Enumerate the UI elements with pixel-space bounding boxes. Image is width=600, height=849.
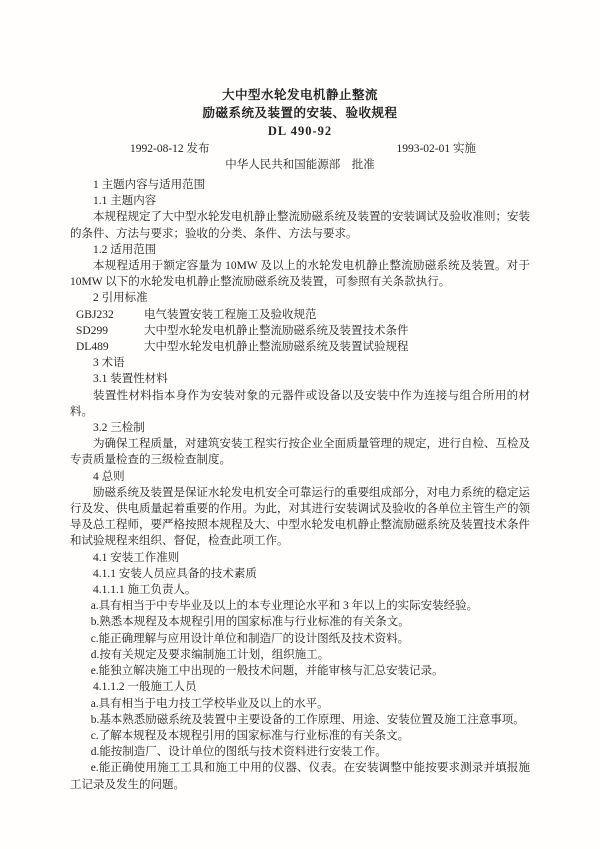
list-item-d: d.按有关规定及要求编制施工计划，组织施工。: [70, 647, 530, 663]
implement-date: 1993-02-01 实施: [396, 141, 476, 157]
reference-item: GBJ232电气装置安装工程施工及验收规范: [70, 307, 530, 323]
list-item-e: e.能正确使用施工工具和施工中用的仪器、仪表。在安装调整中能按要求测录并填报施工…: [70, 760, 530, 792]
approval-line: 中华人民共和国能源部 批准: [0, 157, 600, 173]
reference-item: DL489大中型水轮发电机静止整流励磁系统及装置试验规程: [70, 339, 530, 355]
section-heading-4-1-1: 4.1.1 安装人员应具备的技术素质: [70, 566, 530, 582]
document-body: 1 主题内容与适用范围 1.1 主题内容 本规程规定了大中型水轮发电机静止整流励…: [0, 173, 600, 793]
section-heading-3: 3 术语: [70, 355, 530, 371]
issue-date: 1992-08-12 发布: [130, 141, 210, 157]
reference-title: 电气装置安装工程施工及验收规范: [144, 309, 317, 321]
list-item-a: a.具有相当于电力技工学校毕业及以上的水平。: [70, 696, 530, 712]
paragraph: 本规程规定了大中型水轮发电机静止整流励磁系统及装置的安装调试及验收准则；安装的条…: [70, 209, 530, 241]
list-item-b: b.熟悉本规程及本规程引用的国家标准与行业标准的有关条文。: [70, 614, 530, 630]
reference-title: 大中型水轮发电机静止整流励磁系统及装置技术条件: [144, 325, 409, 337]
date-row: 1992-08-12 发布 1993-02-01 实施: [0, 141, 600, 157]
list-item-a: a.具有相当于中专毕业及以上的本专业理论水平和 3 年以上的实际安装经验。: [70, 598, 530, 614]
section-heading-4-1-1-2: 4.1.1.2 一般施工人员: [70, 679, 530, 695]
list-item-b: b.基本熟悉励磁系统及装置中主要设备的工作原理、用途、安装位置及施工注意事项。: [70, 712, 530, 728]
standard-number: DL 490-92: [0, 122, 600, 140]
section-heading-4: 4 总则: [70, 469, 530, 485]
title-block: 大中型水轮发电机静止整流 励磁系统及装置的安装、验收规程 DL 490-92: [0, 86, 600, 140]
paragraph: 本规程适用于额定容量为 10MW 及以上的水轮发电机静止整流励磁系统及装置。对于…: [70, 258, 530, 290]
section-heading-3-2: 3.2 三检制: [70, 420, 530, 436]
section-heading-1-1: 1.1 主题内容: [70, 193, 530, 209]
list-item-d: d.能按制造厂、设计单位的图纸与技术资料进行安装工作。: [70, 744, 530, 760]
reference-code: GBJ232: [76, 307, 144, 323]
list-item-c: c.能正确理解与应用设计单位和制造厂的设计图纸及技术资料。: [70, 631, 530, 647]
reference-code: SD299: [76, 323, 144, 339]
document-title-line1: 大中型水轮发电机静止整流: [0, 86, 600, 104]
paragraph: 装置性材料指本身作为安装对象的元器件或设备以及安装中作为连接与组合所用的材料。: [70, 388, 530, 420]
section-heading-2: 2 引用标准: [70, 290, 530, 306]
section-heading-4-1: 4.1 安装工作准则: [70, 550, 530, 566]
document-page: 大中型水轮发电机静止整流 励磁系统及装置的安装、验收规程 DL 490-92 1…: [0, 0, 600, 849]
section-heading-1-2: 1.2 适用范围: [70, 242, 530, 258]
list-item-c: c.了解本规程及本规程引用的国家标准与行业标准的有关条文。: [70, 728, 530, 744]
paragraph: 为确保工程质量，对建筑安装工程实行按企业全面质量管理的规定，进行自检、互检及专责…: [70, 436, 530, 468]
reference-title: 大中型水轮发电机静止整流励磁系统及装置试验规程: [144, 341, 409, 353]
paragraph: 励磁系统及装置是保证水轮发电机安全可靠运行的重要组成部分，对电力系统的稳定运行及…: [70, 485, 530, 550]
list-item-e: e.能独立解决施工中出现的一般技术问题，并能审核与汇总安装记录。: [70, 663, 530, 679]
section-heading-1: 1 主题内容与适用范围: [70, 177, 530, 193]
document-title-line2: 励磁系统及装置的安装、验收规程: [0, 104, 600, 122]
reference-code: DL489: [76, 339, 144, 355]
reference-item: SD299大中型水轮发电机静止整流励磁系统及装置技术条件: [70, 323, 530, 339]
document-header: 大中型水轮发电机静止整流 励磁系统及装置的安装、验收规程 DL 490-92 1…: [0, 86, 600, 173]
section-heading-3-1: 3.1 装置性材料: [70, 371, 530, 387]
section-heading-4-1-1-1: 4.1.1.1 施工负责人。: [70, 582, 530, 598]
